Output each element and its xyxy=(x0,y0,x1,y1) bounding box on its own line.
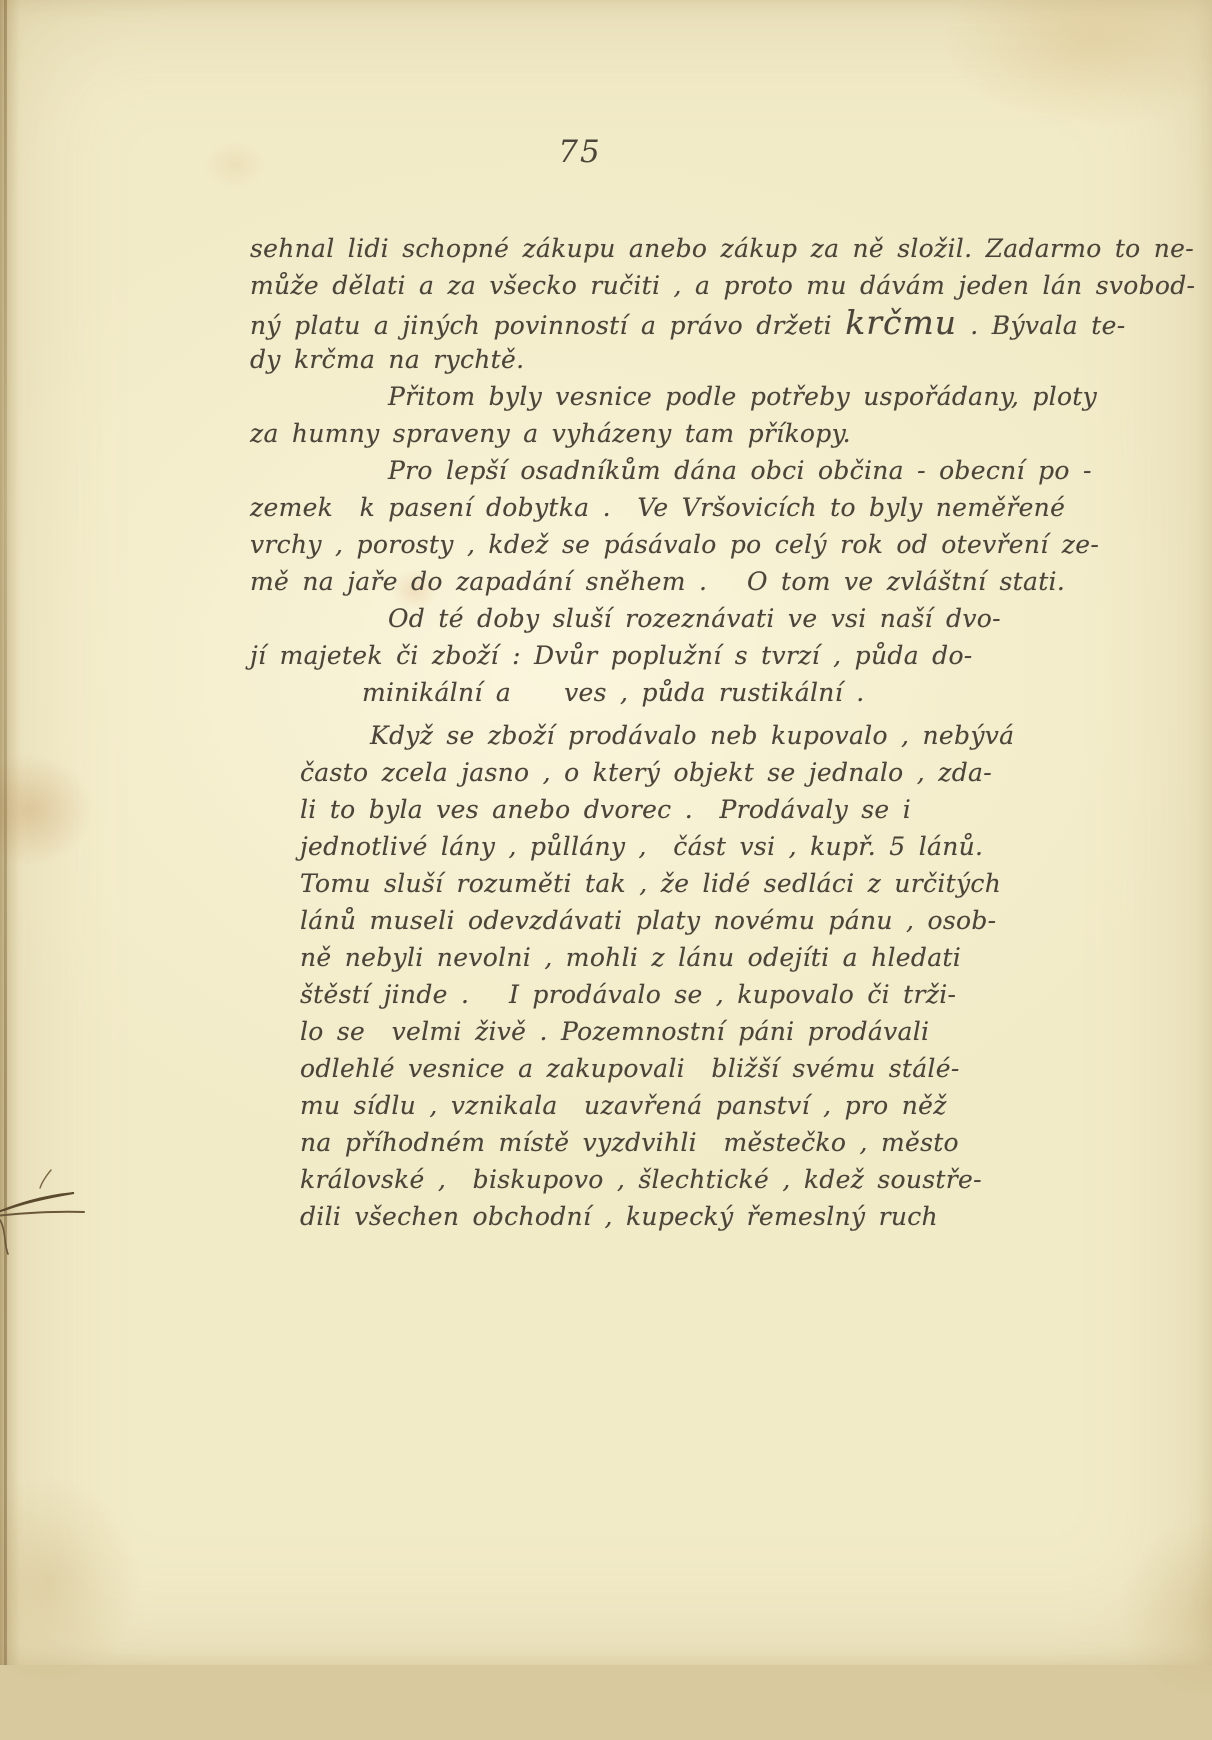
manuscript-text: minikální a ves , půda rustikální . xyxy=(362,678,865,707)
manuscript-text: Pro lepší osadníkům dána obci občina - o… xyxy=(388,456,1092,485)
manuscript-line: ný platu a jiných povinností a právo drž… xyxy=(250,304,1040,341)
manuscript-line: často zcela jasno , o který objekt se je… xyxy=(250,754,1040,791)
manuscript-line: sehnal lidi schopné zákupu anebo zákup z… xyxy=(250,230,1040,267)
manuscript-line: Pro lepší osadníkům dána obci občina - o… xyxy=(250,452,1040,489)
manuscript-text: mě na jaře do zapadání sněhem . O tom ve… xyxy=(250,567,1065,596)
manuscript-text: štěstí jinde . I prodávalo se , kupovalo… xyxy=(300,980,956,1009)
manuscript-text: Od té doby sluší rozeznávati ve vsi naší… xyxy=(388,604,1001,633)
manuscript-line: odlehlé vesnice a zakupovali bližší svém… xyxy=(250,1050,1040,1087)
manuscript-text: Tomu sluší rozuměti tak , že lidé sedlác… xyxy=(300,869,1001,898)
page-edge-line xyxy=(4,0,7,1665)
manuscript-text: ně nebyli nevolni , mohli z lánu odejíti… xyxy=(300,943,961,972)
manuscript-line: vrchy , porosty , kdež se pásávalo po ce… xyxy=(250,526,1040,563)
emphasized-word: krčmu xyxy=(845,303,957,342)
manuscript-text: vrchy , porosty , kdež se pásávalo po ce… xyxy=(250,530,1099,559)
manuscript-text: ný platu a jiných povinností a právo drž… xyxy=(250,311,845,340)
manuscript-text: může dělati a za všecko ručiti , a proto… xyxy=(250,271,1195,300)
manuscript-text: . Bývala te- xyxy=(957,311,1125,340)
manuscript-text: li to byla ves anebo dvorec . Prodávaly … xyxy=(300,795,911,824)
page-number: 75 xyxy=(0,134,1160,170)
manuscript-text: královské , biskupovo , šlechtické , kde… xyxy=(300,1165,982,1194)
manuscript-text: Přitom byly vesnice podle potřeby uspořá… xyxy=(388,382,1097,411)
page-binding-edge xyxy=(0,0,20,1665)
manuscript-line: může dělati a za všecko ručiti , a proto… xyxy=(250,267,1040,304)
manuscript-text: lo se velmi živě . Pozemnostní páni prod… xyxy=(300,1017,929,1046)
manuscript-text: lánů museli odevzdávati platy novému pán… xyxy=(300,906,996,935)
manuscript-line: dili všechen obchodní , kupecký řemeslný… xyxy=(250,1198,1040,1235)
manuscript-line: mě na jaře do zapadání sněhem . O tom ve… xyxy=(250,563,1040,600)
manuscript-text: dy krčma na rychtě. xyxy=(250,345,524,374)
manuscript-line: li to byla ves anebo dvorec . Prodávaly … xyxy=(250,791,1040,828)
manuscript-line: královské , biskupovo , šlechtické , kde… xyxy=(250,1161,1040,1198)
binding-thread-icon xyxy=(0,1150,176,1270)
manuscript-text: sehnal lidi schopné zákupu anebo zákup z… xyxy=(250,234,1194,263)
manuscript-line: minikální a ves , půda rustikální . xyxy=(250,674,1040,711)
manuscript-line: ně nebyli nevolni , mohli z lánu odejíti… xyxy=(250,939,1040,976)
manuscript-line: Tomu sluší rozuměti tak , že lidé sedlác… xyxy=(250,865,1040,902)
manuscript-line: mu sídlu , vznikala uzavřená panství , p… xyxy=(250,1087,1040,1124)
manuscript-text: Když se zboží prodávalo neb kupovalo , n… xyxy=(370,721,1014,750)
manuscript-text: za humny spraveny a vyházeny tam příkopy… xyxy=(250,419,851,448)
manuscript-line: lánů museli odevzdávati platy novému pán… xyxy=(250,902,1040,939)
manuscript-line: dy krčma na rychtě. xyxy=(250,341,1040,378)
manuscript-line: jí majetek či zboží : Dvůr poplužní s tv… xyxy=(250,637,1040,674)
manuscript-line: lo se velmi živě . Pozemnostní páni prod… xyxy=(250,1013,1040,1050)
manuscript-text: jí majetek či zboží : Dvůr poplužní s tv… xyxy=(250,641,973,670)
manuscript-line: Od té doby sluší rozeznávati ve vsi naší… xyxy=(250,600,1040,637)
manuscript-text: dili všechen obchodní , kupecký řemeslný… xyxy=(300,1202,938,1231)
manuscript-text: odlehlé vesnice a zakupovali bližší svém… xyxy=(300,1054,960,1083)
manuscript-text: zemek k pasení dobytka . Ve Vršovicích t… xyxy=(250,493,1065,522)
manuscript-page: 75 sehnal lidi schopné zákupu anebo záku… xyxy=(0,0,1212,1665)
manuscript-line: jednotlivé lány , půllány , část vsi , k… xyxy=(250,828,1040,865)
manuscript-line: Přitom byly vesnice podle potřeby uspořá… xyxy=(250,378,1040,415)
manuscript-line: Když se zboží prodávalo neb kupovalo , n… xyxy=(250,717,1040,754)
manuscript-text: na příhodném místě vyzdvihli městečko , … xyxy=(300,1128,959,1157)
paper-stain xyxy=(1080,1480,1212,1665)
manuscript-text: jednotlivé lány , půllány , část vsi , k… xyxy=(300,832,983,861)
paper-stain xyxy=(0,1430,180,1665)
manuscript-line: na příhodném místě vyzdvihli městečko , … xyxy=(250,1124,1040,1161)
manuscript-line: za humny spraveny a vyházeny tam příkopy… xyxy=(250,415,1040,452)
manuscript-line: zemek k pasení dobytka . Ve Vršovicích t… xyxy=(250,489,1040,526)
manuscript-text: mu sídlu , vznikala uzavřená panství , p… xyxy=(300,1091,947,1120)
manuscript-text-block: sehnal lidi schopné zákupu anebo zákup z… xyxy=(250,230,1040,1235)
manuscript-text: často zcela jasno , o který objekt se je… xyxy=(300,758,992,787)
manuscript-line: štěstí jinde . I prodávalo se , kupovalo… xyxy=(250,976,1040,1013)
